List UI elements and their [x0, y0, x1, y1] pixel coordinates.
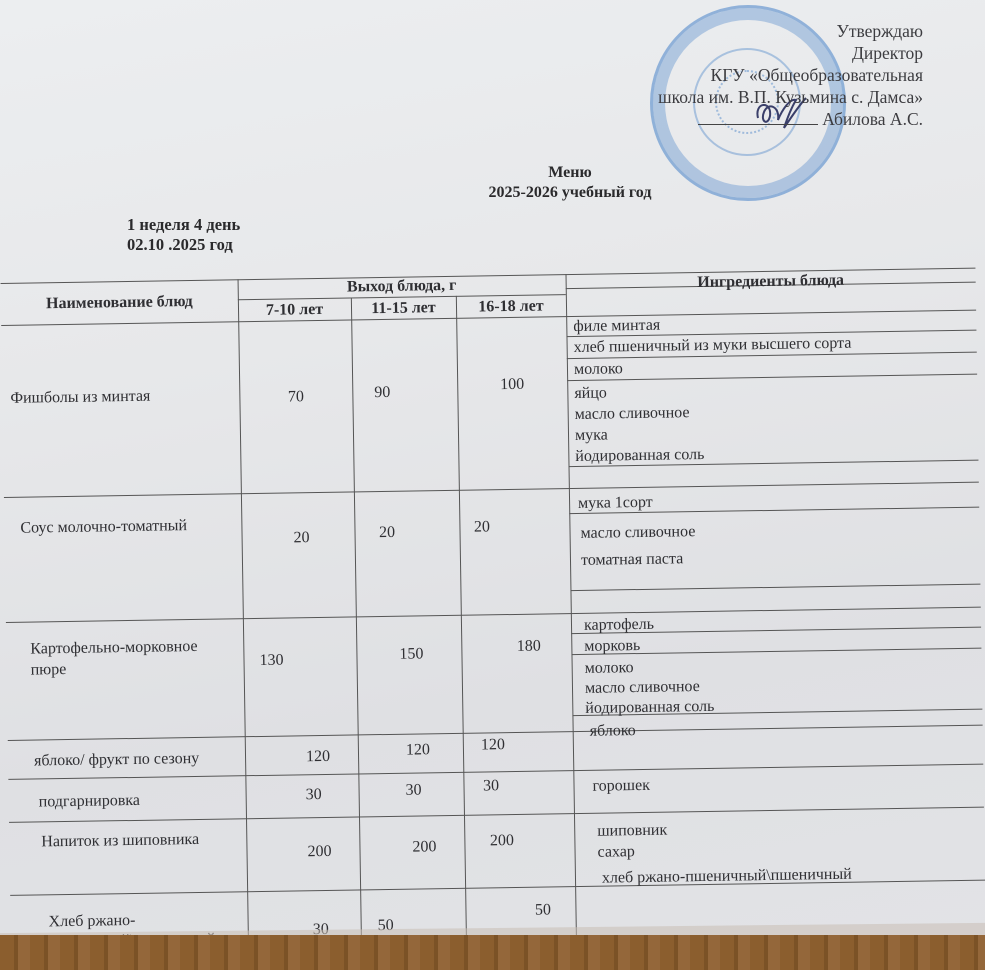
ingredient: томатная паста [581, 548, 684, 571]
dish-name: Напиток из шиповника [41, 830, 199, 852]
header-age-7-10: 7-10 лет [238, 299, 351, 321]
approval-line: Директор [658, 42, 923, 64]
yield-11-15: 200 [379, 837, 469, 858]
ingredient: молоко [574, 358, 623, 380]
ingredient: хлеб ржано-пшеничный\пшеничный [602, 864, 852, 889]
yield-7-10: 70 [239, 386, 352, 408]
yield-16-18: 30 [463, 776, 518, 797]
dish-name: яблоко/ фрукт по сезону [34, 749, 199, 772]
ingredient: шиповник [597, 820, 667, 842]
approval-block: Утверждаю Директор КГУ «Общеобразователь… [658, 20, 923, 130]
school-year: 2025-2026 учебный год [0, 183, 985, 203]
ingredient: яйцо [574, 382, 607, 404]
dish-name: Фишболы из минтая [10, 387, 150, 409]
yield-7-10: 200 [269, 841, 369, 863]
yield-16-18: 100 [457, 374, 567, 396]
ingredient: филе минтая [573, 315, 660, 337]
yield-16-18: 50 [510, 900, 575, 921]
ingredient: масло сливочное [575, 402, 690, 425]
ingredient: морковь [584, 635, 640, 657]
yield-7-10: 130 [251, 650, 291, 671]
approval-line: школа им. В.П. Кузьмина с. Дамса» [658, 86, 923, 108]
menu-table: Наименование блюд Выход блюда, г 7-10 ле… [0, 232, 985, 957]
ingredient: масло сливочное [580, 521, 695, 544]
dish-name-line1: Хлеб ржано- [48, 911, 135, 932]
dish-name-line1: Картофельно-морковное [30, 637, 198, 660]
yield-7-10: 120 [278, 746, 358, 767]
yield-16-18: 20 [459, 517, 504, 538]
menu-sheet: Утверждаю Директор КГУ «Общеобразователь… [0, 0, 985, 952]
yield-11-15: 150 [356, 644, 466, 666]
ingredient: мука 1сорт [578, 492, 653, 514]
ingredient: йодированная соль [575, 444, 704, 467]
yield-16-18: 120 [463, 735, 523, 756]
approval-signatory: Абилова А.С. [822, 109, 923, 129]
dish-name: подгарнировка [39, 791, 141, 813]
yield-11-15: 90 [352, 383, 412, 404]
ingredient: сахар [597, 841, 635, 863]
yield-11-15: 120 [378, 740, 458, 761]
ingredient: йодированная соль [585, 696, 714, 719]
ingredient: хлеб пшеничный из муки высшего сорта [573, 333, 851, 358]
header-dish-name: Наименование блюд [1, 291, 238, 315]
yield-16-18: 180 [486, 636, 571, 657]
ingredient: горошек [592, 775, 650, 797]
approval-line: КГУ «Общеобразовательная [658, 64, 923, 86]
yield-11-15: 30 [378, 780, 448, 801]
header-age-11-15: 11-15 лет [351, 298, 456, 320]
yield-11-15: 20 [354, 522, 419, 543]
ingredient: картофель [584, 614, 654, 636]
signature-line [698, 124, 818, 125]
wooden-surface [0, 935, 985, 970]
ingredient: яблоко [590, 720, 636, 742]
approval-line: Утверждаю [658, 20, 923, 42]
week-day: 1 неделя 4 день [127, 215, 240, 235]
yield-16-18: 200 [464, 831, 539, 852]
approval-signatory-line: Абилова А.С. [658, 108, 923, 130]
ingredient: мука [575, 424, 608, 446]
header-age-16-18: 16-18 лет [456, 296, 566, 318]
menu-title: Меню [0, 163, 985, 183]
ingredient: молоко [585, 657, 634, 679]
dish-name: Соус молочно-томатный [20, 516, 187, 539]
dish-name-line2: пюре [30, 660, 66, 681]
yield-7-10: 20 [241, 527, 361, 549]
yield-7-10: 30 [278, 785, 348, 806]
